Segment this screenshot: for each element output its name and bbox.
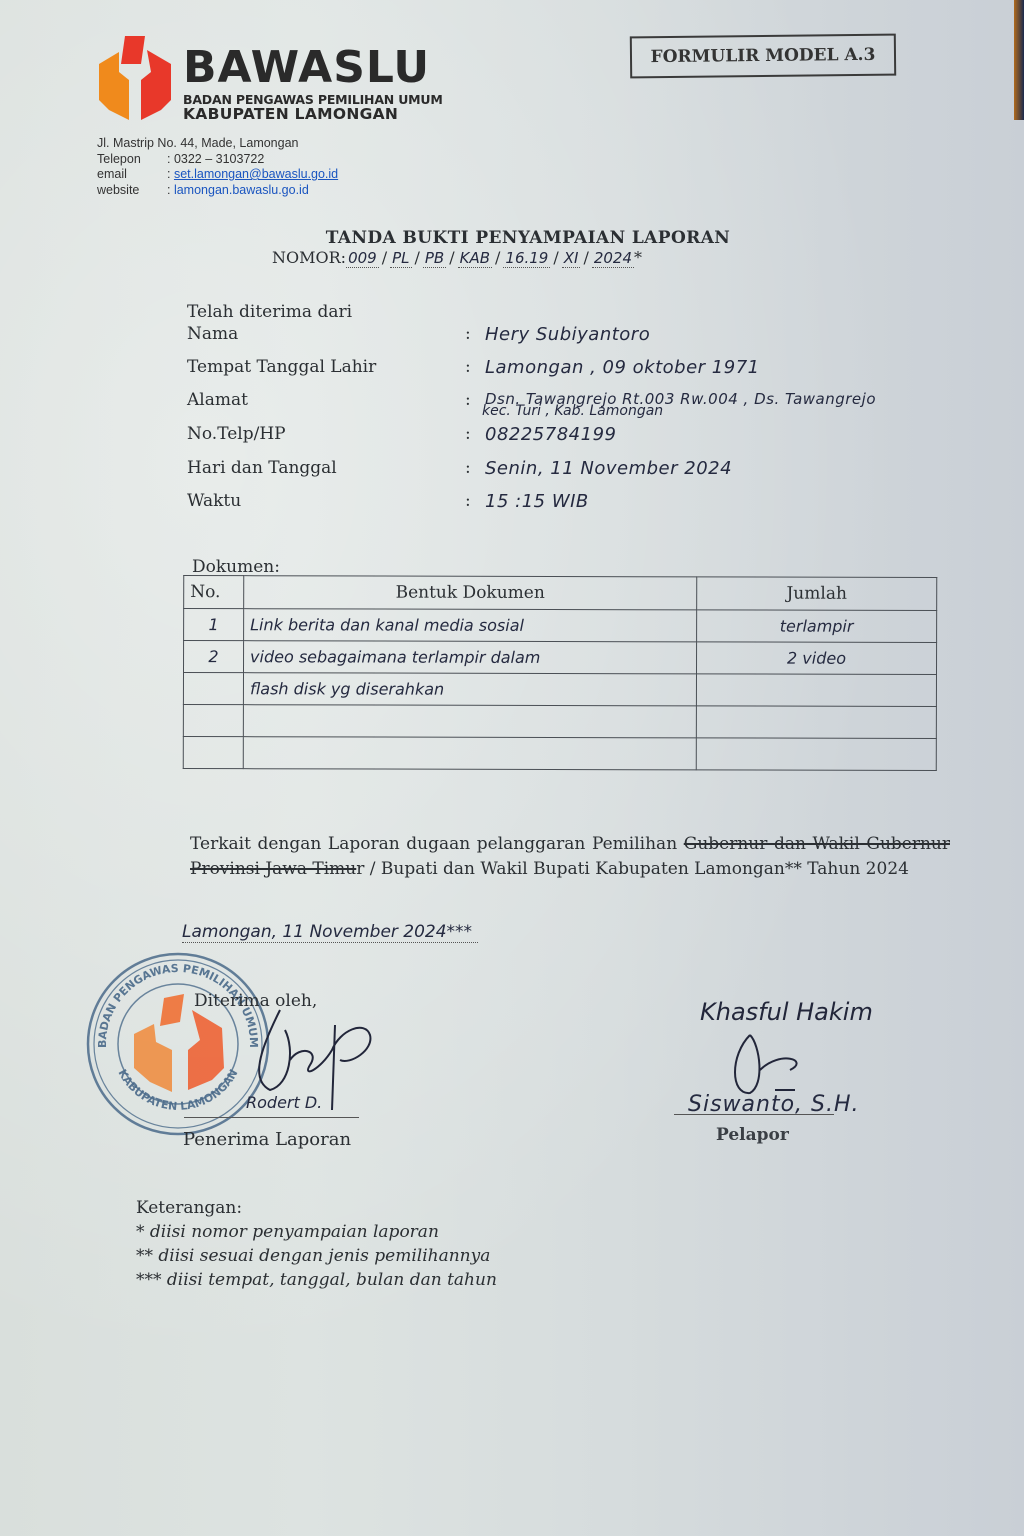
svg-text:Khasful Hakim: Khasful Hakim [700,998,873,1026]
field-value: Lamongan , 09 oktober 1971 [485,357,760,378]
address: Jl. Mastrip No. 44, Made, Lamongan [97,136,338,152]
field-nama: Nama: Hery Subiyantoro [187,324,650,345]
note-item: *** diisi tempat, tanggal, bulan dan tah… [136,1268,497,1292]
reporter-role: Pelapor [716,1125,789,1145]
contact-block: Jl. Mastrip No. 44, Made, Lamongan Telep… [97,136,338,198]
signature-line [184,1117,359,1118]
note-item: * diisi nomor penyampaian laporan [136,1220,497,1244]
brand-block: BAWASLU BADAN PENGAWAS PEMILIHAN UMUM KA… [183,46,443,123]
document-title: TANDA BUKTI PENYAMPAIAN LAPORAN [0,228,1024,248]
field-value: 08225784199 [485,424,616,445]
website-link[interactable]: lamongan.bawaslu.go.id [174,183,309,199]
email-link[interactable]: set.lamongan@bawaslu.go.id [174,167,338,183]
notes-title: Keterangan: [136,1196,497,1220]
signature-line [674,1114,834,1115]
address-line-2: kec. Turi , Kab. Lamongan [482,403,663,419]
note-item: ** diisi sesuai dengan jenis pemilihanny… [136,1244,497,1268]
brand-name: BAWASLU [183,46,443,90]
table-header: No. Bentuk Dokumen Jumlah [184,576,937,611]
contact-website: website : lamongan.bawaslu.go.id [97,183,338,199]
field-waktu: Waktu: 15 :15 WIB [187,491,589,512]
field-telp: No.Telp/HP: 08225784199 [187,424,616,445]
column-header: No. [184,576,244,609]
documents-label: Dokumen: [192,557,280,577]
report-number: NOMOR: 009/ PL/ PB/ KAB/ 16.19/ XI/ 2024… [272,248,642,268]
table-row: 2 video sebagaimana terlampir dalam 2 vi… [183,641,936,675]
statement-paragraph: Terkait dengan Laporan dugaan pelanggara… [190,832,950,882]
field-value: Senin, 11 November 2024 [485,458,732,479]
form-model-box: FORMULIR MODEL A.3 [630,34,896,79]
table-row: 1 Link berita dan kanal media sosial ter… [184,609,937,643]
contact-phone: Telepon : 0322 – 3103722 [97,152,338,168]
field-hari-tanggal: Hari dan Tanggal: Senin, 11 November 202… [187,458,732,479]
column-header: Bentuk Dokumen [244,576,697,610]
table-row [183,737,936,771]
svg-text:KABUPATEN LAMONGAN: KABUPATEN LAMONGAN [116,1067,241,1113]
field-value: Hery Subiyantoro [485,324,650,345]
received-from-label: Telah diterima dari [187,302,352,322]
documents-table: No. Bentuk Dokumen Jumlah 1 Link berita … [183,575,938,771]
receiver-role: Penerima Laporan [183,1129,351,1150]
brand-region: KABUPATEN LAMONGAN [183,105,443,123]
contact-email: email : set.lamongan@bawaslu.go.id [97,167,338,183]
notes-block: Keterangan: * diisi nomor penyampaian la… [136,1196,497,1292]
column-header: Jumlah [697,577,937,611]
photo-edge [1014,0,1024,120]
field-value: 15 :15 WIB [485,491,589,512]
receiver-name: Rodert D. [246,1093,322,1112]
bawaslu-logo-icon [95,34,175,124]
place-date: Lamongan, 11 November 2024*** [182,922,478,943]
table-row: flash disk yg diserahkan [183,673,936,707]
field-tempat-tanggal-lahir: Tempat Tanggal Lahir: Lamongan , 09 okto… [187,357,760,378]
table-row [183,705,936,739]
